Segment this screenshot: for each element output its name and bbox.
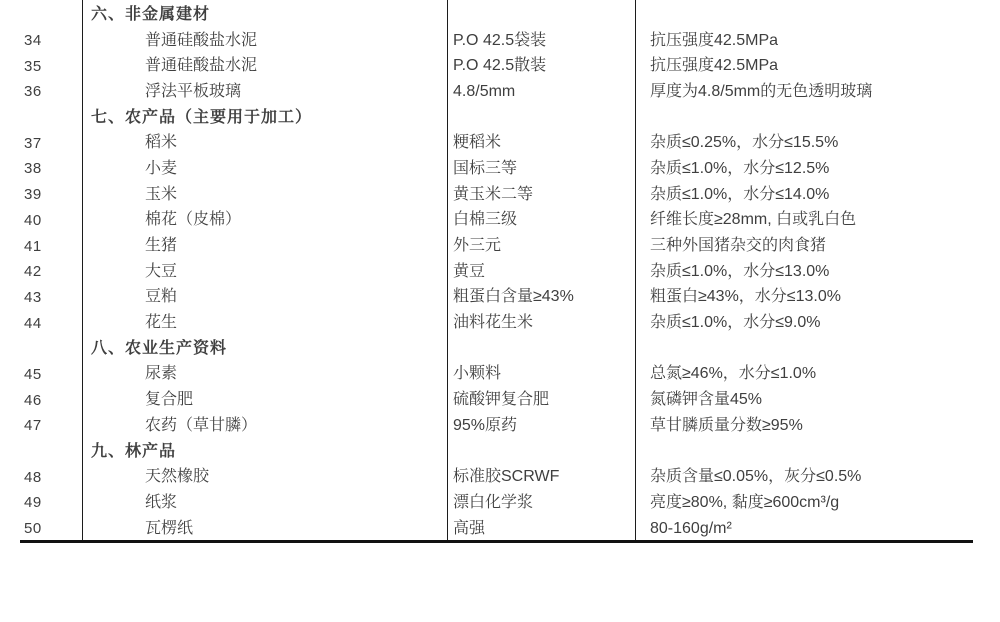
row-number: 48 [0,470,82,485]
product-spec: 高强 [447,521,635,537]
table-row: 48 天然橡胶 标准胶SCRWF 杂质含量≤0.05%，灰分≤0.5% [0,464,1000,490]
product-spec: 白棉三级 [447,212,635,228]
row-number: 34 [0,33,82,48]
table-row: 37 稻米 粳稻米 杂质≤0.25%，水分≤15.5% [0,130,1000,156]
table-row: 八、农业生产资料 [0,336,1000,362]
product-name: 尿素 [82,366,447,382]
row-number: 39 [0,187,82,202]
product-name: 小麦 [82,161,447,177]
product-name: 棉花（皮棉） [82,212,447,228]
product-name: 纸浆 [82,495,447,511]
quality-standard: 杂质≤1.0%，水分≤13.0% [635,264,1000,280]
quality-standard: 抗压强度42.5MPa [635,58,1000,74]
quality-standard: 氮磷钾含量45% [635,392,1000,408]
row-number: 45 [0,367,82,382]
product-spec: 外三元 [447,238,635,254]
table-row: 46 复合肥 硫酸钾复合肥 氮磷钾含量45% [0,387,1000,413]
table-row: 34 普通硅酸盐水泥 P.O 42.5袋装 抗压强度42.5MPa [0,28,1000,54]
quality-standard: 三种外国猪杂交的肉食猪 [635,238,1000,254]
row-number: 42 [0,264,82,279]
product-name: 瓦楞纸 [82,521,447,537]
table-row: 42 大豆 黄豆 杂质≤1.0%，水分≤13.0% [0,259,1000,285]
product-name: 生猪 [82,238,447,254]
table-row: 49 纸浆 漂白化学浆 亮度≥80%, 黏度≥600cm³/g [0,490,1000,516]
product-name: 农药（草甘膦） [82,418,447,434]
product-name: 八、农业生产资料 [82,341,447,357]
product-name: 稻米 [82,135,447,151]
table-row: 38 小麦 国标三等 杂质≤1.0%，水分≤12.5% [0,156,1000,182]
product-spec: 4.8/5mm [447,84,635,100]
quality-standard: 粗蛋白≥43%，水分≤13.0% [635,289,1000,305]
quality-standard: 杂质≤1.0%，水分≤14.0% [635,187,1000,203]
quality-standard: 80-160g/m² [635,521,1000,537]
quality-standard: 草甘膦质量分数≥95% [635,418,1000,434]
row-number: 36 [0,84,82,99]
product-name: 豆粕 [82,289,447,305]
row-number: 41 [0,239,82,254]
table-row: 40 棉花（皮棉） 白棉三级 纤维长度≥28mm, 白或乳白色 [0,208,1000,234]
row-number: 50 [0,521,82,536]
table-row: 六、非金属建材 [0,2,1000,28]
product-name: 七、农产品（主要用于加工） [82,110,447,126]
table-row: 41 生猪 外三元 三种外国猪杂交的肉食猪 [0,233,1000,259]
table-rows: 六、非金属建材 34 普通硅酸盐水泥 P.O 42.5袋装 抗压强度42.5MP… [0,2,1000,541]
table-bottom-rule [20,540,973,543]
product-spec: P.O 42.5袋装 [447,33,635,49]
row-number: 49 [0,495,82,510]
product-spec: 漂白化学浆 [447,495,635,511]
product-spec: 油料花生米 [447,315,635,331]
table-row: 七、农产品（主要用于加工） [0,105,1000,131]
product-name: 大豆 [82,264,447,280]
quality-standard: 纤维长度≥28mm, 白或乳白色 [635,212,1000,228]
table-row: 45 尿素 小颗料 总氮≥46%，水分≤1.0% [0,362,1000,388]
quality-standard: 杂质≤1.0%，水分≤12.5% [635,161,1000,177]
table-row: 九、林产品 [0,439,1000,465]
quality-standard: 杂质含量≤0.05%，灰分≤0.5% [635,469,1000,485]
quality-standard: 抗压强度42.5MPa [635,33,1000,49]
quality-standard: 总氮≥46%，水分≤1.0% [635,366,1000,382]
row-number: 44 [0,316,82,331]
product-spec: 小颗料 [447,366,635,382]
table-row: 36 浮法平板玻璃 4.8/5mm 厚度为4.8/5mm的无色透明玻璃 [0,79,1000,105]
product-name: 玉米 [82,187,447,203]
product-name: 六、非金属建材 [82,7,447,23]
product-name: 复合肥 [82,392,447,408]
product-spec: 黄玉米二等 [447,187,635,203]
product-spec: 国标三等 [447,161,635,177]
table-row: 47 农药（草甘膦） 95%原药 草甘膦质量分数≥95% [0,413,1000,439]
product-spec: 粗蛋白含量≥43% [447,289,635,305]
row-number: 46 [0,393,82,408]
quality-standard: 厚度为4.8/5mm的无色透明玻璃 [635,84,1000,100]
row-number: 43 [0,290,82,305]
table-row: 43 豆粕 粗蛋白含量≥43% 粗蛋白≥43%，水分≤13.0% [0,285,1000,311]
product-spec: 95%原药 [447,418,635,434]
product-spec: 粳稻米 [447,135,635,151]
product-name: 普通硅酸盐水泥 [82,58,447,74]
product-spec: 硫酸钾复合肥 [447,392,635,408]
quality-standard: 亮度≥80%, 黏度≥600cm³/g [635,495,1000,511]
quality-standard: 杂质≤0.25%，水分≤15.5% [635,135,1000,151]
product-spec: 黄豆 [447,264,635,280]
product-spec: 标准胶SCRWF [447,469,635,485]
table-row: 35 普通硅酸盐水泥 P.O 42.5散装 抗压强度42.5MPa [0,53,1000,79]
row-number: 47 [0,418,82,433]
product-name: 天然橡胶 [82,469,447,485]
row-number: 37 [0,136,82,151]
product-name: 九、林产品 [82,444,447,460]
table-row: 39 玉米 黄玉米二等 杂质≤1.0%，水分≤14.0% [0,182,1000,208]
document-page: 六、非金属建材 34 普通硅酸盐水泥 P.O 42.5袋装 抗压强度42.5MP… [0,0,1000,622]
product-name: 普通硅酸盐水泥 [82,33,447,49]
table-row: 44 花生 油料花生米 杂质≤1.0%，水分≤9.0% [0,310,1000,336]
row-number: 40 [0,213,82,228]
row-number: 35 [0,59,82,74]
table-row: 50 瓦楞纸 高强 80-160g/m² [0,516,1000,542]
product-name: 花生 [82,315,447,331]
quality-standard: 杂质≤1.0%，水分≤9.0% [635,315,1000,331]
row-number: 38 [0,161,82,176]
product-spec: P.O 42.5散装 [447,58,635,74]
product-name: 浮法平板玻璃 [82,84,447,100]
